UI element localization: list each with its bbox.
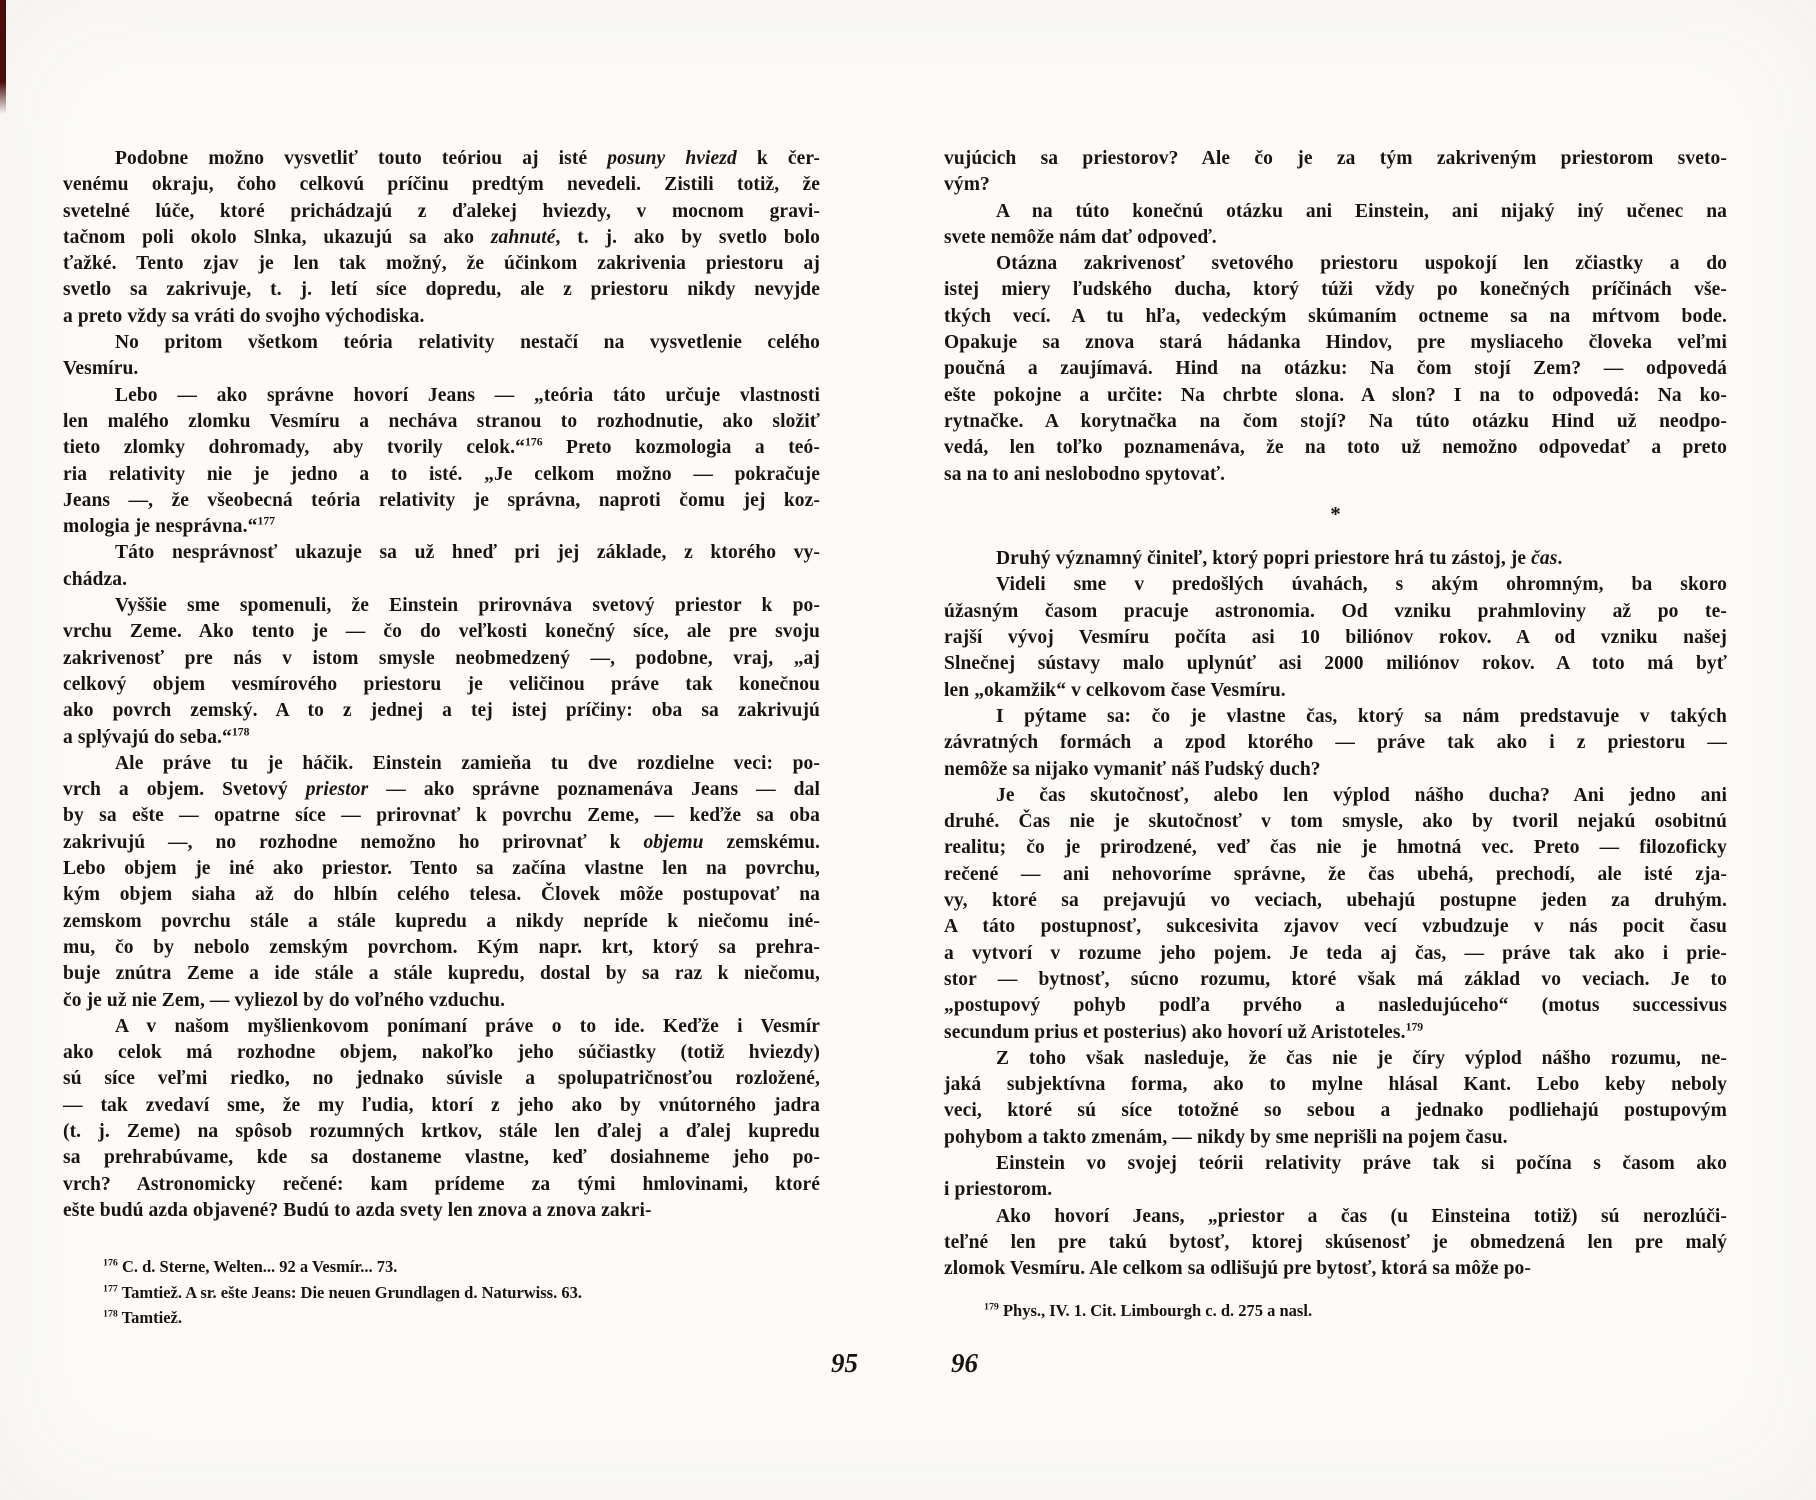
footnote: 176 C. d. Sterne, Welten... 92 a Vesmír.…	[63, 1254, 820, 1280]
text-line: vy, ktoré sa prejavujú vo veciach, ubeha…	[944, 888, 1727, 914]
page-right-body: vujúcich sa priestorov? Ale čo je za tým…	[944, 146, 1727, 1282]
text-line: A na túto konečnú otázku ani Einstein, a…	[944, 199, 1727, 225]
text-line: rečené — ani nehovoríme správne, že čas …	[944, 862, 1727, 888]
paragraph: Lebo — ako správne hovorí Jeans — „teóri…	[63, 383, 820, 541]
text-line: chádza.	[63, 567, 820, 593]
text-line: A v našom myšlienkovom ponímaní práve o …	[63, 1014, 820, 1040]
text-line: mologia je nesprávna.“177	[63, 514, 820, 540]
text-line: istej miery ľudského ducha, ktorý túži v…	[944, 277, 1727, 303]
page-number-left: 95	[831, 1348, 858, 1379]
text-line: realitu; čo je prirodzené, veď čas nie j…	[944, 835, 1727, 861]
text-line: svete nemôže nám dať odpoveď.	[944, 225, 1727, 251]
text-line: Táto nesprávnosť ukazuje sa už hneď pri …	[63, 540, 820, 566]
text-line: ťažké. Tento zjav je len tak možný, že ú…	[63, 251, 820, 277]
text-line: Ako hovorí Jeans, „priestor a čas (u Ein…	[944, 1204, 1727, 1230]
text-line: tkých vecí. A tu hľa, vedeckým skúmaním …	[944, 304, 1727, 330]
page-left-footnotes: 176 C. d. Sterne, Welten... 92 a Vesmír.…	[63, 1254, 820, 1331]
paragraph: vujúcich sa priestorov? Ale čo je za tým…	[944, 146, 1727, 199]
text-line: kým objem siaha až do hlbín celého teles…	[63, 882, 820, 908]
page-left-body: Podobne možno vysvetliť touto teóriou aj…	[63, 146, 820, 1224]
text-line: pohybom a takto zmenám, — nikdy by sme n…	[944, 1125, 1727, 1151]
text-line: Einstein vo svojej teórii relativity prá…	[944, 1151, 1727, 1177]
footnote: 177 Tamtiež. A sr. ešte Jeans: Die neuen…	[63, 1280, 820, 1306]
text-line: celkový objem vesmírového priestoru je v…	[63, 672, 820, 698]
text-line: mu, čo by nebolo zemským povrchom. Kým n…	[63, 935, 820, 961]
text-line: Z toho však nasleduje, že čas nie je čír…	[944, 1046, 1727, 1072]
text-line: Lebo objem je iné ako priestor. Tento sa…	[63, 856, 820, 882]
text-line: venému okraju, čoho celkovú príčinu pred…	[63, 172, 820, 198]
text-line: svetlo sa zakrivuje, t. j. letí síce dop…	[63, 277, 820, 303]
section-separator: *	[944, 501, 1727, 527]
text-line: rytnačke. A korytnačka na čom stojí? Na …	[944, 409, 1727, 435]
text-line: Je čas skutočnosť, alebo len výplod nášh…	[944, 783, 1727, 809]
text-line: jaká subjektívna forma, ako to mylne hlá…	[944, 1072, 1727, 1098]
text-line: Jeans —, že všeobecná teória relativity …	[63, 488, 820, 514]
footnote: 179 Phys., IV. 1. Cit. Limbourgh c. d. 2…	[944, 1298, 1727, 1324]
text-line: Vesmíru.	[63, 356, 820, 382]
paragraph: Ale práve tu je háčik. Einstein zamieňa …	[63, 751, 820, 1014]
paragraph: A na túto konečnú otázku ani Einstein, a…	[944, 199, 1727, 252]
text-line: i priestorom.	[944, 1177, 1727, 1203]
text-line: vým?	[944, 172, 1727, 198]
text-line: by sa ešte — opatrne síce — prirovnať k …	[63, 803, 820, 829]
text-line: vrch a objem. Svetový priestor — ako spr…	[63, 777, 820, 803]
paragraph: Vyššie sme spomenuli, že Einstein prirov…	[63, 593, 820, 751]
paragraph: I pýtame sa: čo je vlastne čas, ktorý sa…	[944, 704, 1727, 783]
text-line: Vyššie sme spomenuli, že Einstein prirov…	[63, 593, 820, 619]
text-line: teľné len pre takú bytosť, ktorej skúsen…	[944, 1230, 1727, 1256]
text-line: zakrivenosť pre nás v istom smysle neobm…	[63, 646, 820, 672]
text-line: ešte budú azda objavené? Budú to azda sv…	[63, 1198, 820, 1224]
text-line: ešte pokojne a určite: Na chrbte slona. …	[944, 383, 1727, 409]
text-line: a preto vždy sa vráti do svojho východis…	[63, 304, 820, 330]
text-line: vujúcich sa priestorov? Ale čo je za tým…	[944, 146, 1727, 172]
text-line: — tak zvedaví sme, že my ľudia, ktorí z …	[63, 1093, 820, 1119]
text-line: I pýtame sa: čo je vlastne čas, ktorý sa…	[944, 704, 1727, 730]
paragraph: Otázna zakrivenosť svetového priestoru u…	[944, 251, 1727, 488]
text-line: secundum prius et posterius) ako hovorí …	[944, 1020, 1727, 1046]
book-spread: Podobne možno vysvetliť touto teóriou aj…	[0, 0, 1816, 1500]
paragraph: Táto nesprávnosť ukazuje sa už hneď pri …	[63, 540, 820, 593]
text-line: Otázna zakrivenosť svetového priestoru u…	[944, 251, 1727, 277]
paragraph: Videli sme v predošlých úvahách, s akým …	[944, 572, 1727, 703]
text-line: ria relativity nie je jedno a to isté. „…	[63, 462, 820, 488]
page-number-right: 96	[951, 1348, 978, 1379]
paragraph: A v našom myšlienkovom ponímaní práve o …	[63, 1014, 820, 1224]
text-line: buje znútra Zeme a ide stále a stále kup…	[63, 961, 820, 987]
text-line: Videli sme v predošlých úvahách, s akým …	[944, 572, 1727, 598]
text-line: No pritom všetkom teória relativity nest…	[63, 330, 820, 356]
paragraph: Einstein vo svojej teórii relativity prá…	[944, 1151, 1727, 1204]
text-line: vedá, len toľko poznamenáva, že na toto …	[944, 435, 1727, 461]
footnote: 178 Tamtiež.	[63, 1305, 820, 1331]
text-line: svetelné lúče, ktoré prichádzajú z ďalek…	[63, 199, 820, 225]
text-line: zakrivujú —, no rozhodne nemožno ho prir…	[63, 830, 820, 856]
text-line: Opakuje sa znova stará hádanka Hindov, p…	[944, 330, 1727, 356]
text-line: a vytvorí v rozume jeho pojem. Je teda a…	[944, 941, 1727, 967]
text-line: ako povrch zemský. A to z jednej a tej i…	[63, 698, 820, 724]
text-line: vrch? Astronomicky rečené: kam prídeme z…	[63, 1172, 820, 1198]
text-line: úžasným časom pracuje astronomia. Od vzn…	[944, 599, 1727, 625]
scan-edge-artifact	[0, 0, 6, 114]
text-line: (t. j. Zeme) na spôsob rozumných krtkov,…	[63, 1119, 820, 1145]
text-line: veci, ktoré sú síce totožné so sebou a j…	[944, 1098, 1727, 1124]
text-line: „postupový pohyb podľa prvého a nasleduj…	[944, 993, 1727, 1019]
text-line: Druhý významný činiteľ, ktorý popri prie…	[944, 546, 1727, 572]
paragraph: No pritom všetkom teória relativity nest…	[63, 330, 820, 383]
text-line: sa na to ani neslobodno spytovať.	[944, 462, 1727, 488]
text-line: čo je už nie Zem, — vyliezol by do voľné…	[63, 988, 820, 1014]
paragraph: Druhý významný činiteľ, ktorý popri prie…	[944, 546, 1727, 572]
text-line: nemôže sa nijako vymaniť náš ľudský duch…	[944, 757, 1727, 783]
text-line: sú síce veľmi riedko, no jednako súvisle…	[63, 1066, 820, 1092]
text-line: poučná a zaujímavá. Hind na otázku: Na č…	[944, 356, 1727, 382]
text-line: Ale práve tu je háčik. Einstein zamieňa …	[63, 751, 820, 777]
text-line: A táto postupnosť, sukcesivita zjavov ve…	[944, 914, 1727, 940]
text-line: a splývajú do seba.“178	[63, 725, 820, 751]
text-line: tačnom poli okolo Slnka, ukazujú sa ako …	[63, 225, 820, 251]
text-line: sa prehrabúvame, kde sa dostaneme vlastn…	[63, 1145, 820, 1171]
paragraph: Podobne možno vysvetliť touto teóriou aj…	[63, 146, 820, 330]
text-line: Slnečnej sústavy malo uplynúť asi 2000 m…	[944, 651, 1727, 677]
text-line: len malého zlomku Vesmíru a necháva stra…	[63, 409, 820, 435]
paragraph: Je čas skutočnosť, alebo len výplod nášh…	[944, 783, 1727, 1046]
paragraph: Z toho však nasleduje, že čas nie je čír…	[944, 1046, 1727, 1151]
page-right-footnotes: 179 Phys., IV. 1. Cit. Limbourgh c. d. 2…	[944, 1298, 1727, 1324]
text-line: závratných formách a zpod ktorého — práv…	[944, 730, 1727, 756]
text-line: druhé. Čas nie je skutočnosť v tom smysl…	[944, 809, 1727, 835]
text-line: zlomok Vesmíru. Ale celkom sa odlišujú p…	[944, 1256, 1727, 1282]
text-line: tieto zlomky dohromady, aby tvorily celo…	[63, 435, 820, 461]
text-line: Lebo — ako správne hovorí Jeans — „teóri…	[63, 383, 820, 409]
text-line: stor — bytnosť, súcno rozumu, ktoré však…	[944, 967, 1727, 993]
text-line: zemskom povrchu stále a stále kupredu a …	[63, 909, 820, 935]
text-line: len „okamžik“ v celkovom čase Vesmíru.	[944, 678, 1727, 704]
text-line: rajší vývoj Vesmíru počíta asi 10 bilión…	[944, 625, 1727, 651]
paragraph: Ako hovorí Jeans, „priestor a čas (u Ein…	[944, 1204, 1727, 1283]
text-line: Podobne možno vysvetliť touto teóriou aj…	[63, 146, 820, 172]
text-line: vrchu Zeme. Ako tento je — čo do veľkost…	[63, 619, 820, 645]
text-line: ako celok má rozhodne objem, nakoľko jeh…	[63, 1040, 820, 1066]
